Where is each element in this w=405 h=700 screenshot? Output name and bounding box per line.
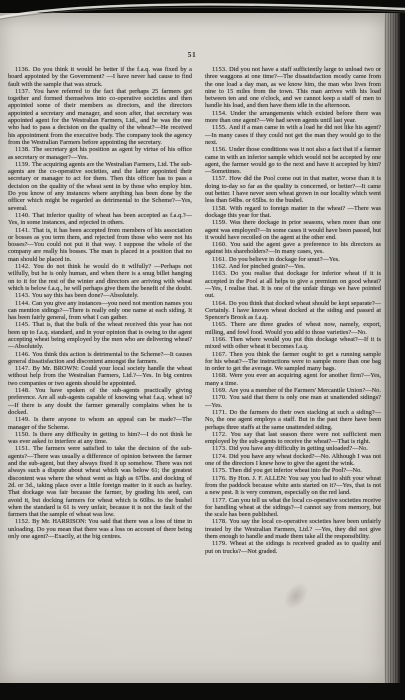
question-number: 1175.: [212, 467, 229, 474]
qa-paragraph: 1174. Did you have any wheat docked?—No.…: [205, 453, 381, 468]
qa-paragraph: 1159. Was there dockage in prior seasons…: [205, 219, 381, 241]
question-number: 1174.: [212, 453, 229, 460]
qa-paragraph: 1149. Is there anyone to whom an appeal …: [8, 416, 192, 431]
question-number: 1173.: [212, 445, 229, 452]
column-left: 1136. Do you think it would be better if…: [8, 66, 192, 555]
qa-paragraph: 1155. And if a man came in with a load h…: [205, 124, 381, 146]
qa-paragraph: 1151. The farmers were satisfied to take…: [8, 445, 192, 518]
question-number: 1144.: [15, 300, 32, 307]
question-number: 1177.: [212, 497, 229, 504]
question-number: 1146.: [15, 351, 32, 358]
qa-paragraph: 1154. Under the arrangements which exist…: [205, 110, 381, 125]
question-number: 1155.: [212, 124, 229, 131]
book-page-edges: [384, 10, 401, 683]
qa-paragraph: 1158. With regard to foreign matter in t…: [205, 205, 381, 220]
qa-paragraph: 1150. Is there any difficulty in getting…: [8, 431, 192, 446]
question-number: 1167.: [212, 351, 230, 358]
qa-paragraph: 1160. You said the agent gave a preferen…: [205, 241, 381, 256]
qa-paragraph: 1177. Can you tell us what the local co-…: [205, 497, 381, 519]
qa-paragraph: 1161. Do you believe in dockage for smut…: [205, 256, 381, 263]
question-number: 1143.: [15, 292, 32, 299]
qa-paragraph: 1146. You think this action is detriment…: [8, 351, 192, 366]
qa-paragraph: 1165. There are three grades of wheat no…: [205, 321, 381, 336]
qa-paragraph: 1152. By Mr. HARRISON: You said that the…: [8, 518, 192, 540]
question-number: 1158.: [212, 205, 230, 212]
qa-paragraph: 1137. You have referred to the fact that…: [8, 88, 192, 146]
qa-paragraph: 1176. By Hon. J. F. ALLEN: You say you h…: [205, 475, 381, 497]
qa-paragraph: 1143. You say this has been done?—Absolu…: [8, 292, 192, 299]
question-number: 1136.: [15, 66, 33, 73]
book-photo: 51 1136. Do you think it would be better…: [0, 0, 405, 700]
qa-paragraph: 1169. Are you a member of the Farmers' M…: [205, 387, 381, 394]
qa-paragraph: 1179. Wheat at the sidings is received g…: [205, 540, 381, 555]
question-number: 1153.: [212, 66, 229, 73]
qa-paragraph: 1141. That is, it has been accepted from…: [8, 227, 192, 263]
question-number: 1165.: [212, 321, 231, 328]
question-number: 1164.: [212, 300, 229, 307]
question-number: 1151.: [15, 445, 33, 452]
qa-paragraph: 1175. Then did you get inferior wheat in…: [205, 467, 381, 474]
question-number: 1140.: [15, 212, 33, 219]
question-number: 1176.: [212, 475, 229, 482]
question-number: 1163.: [212, 270, 231, 277]
qa-paragraph: 1171. Do the farmers do their own stacki…: [205, 409, 381, 431]
question-number: 1150.: [15, 431, 33, 438]
question-number: 1160.: [212, 241, 230, 248]
question-number: 1147.: [15, 365, 33, 372]
qa-paragraph: 1142. You do not think he would do it wi…: [8, 263, 192, 292]
qa-paragraph: 1147. By Mr. BROWN: Could your local soc…: [8, 365, 192, 387]
question-number: 1139.: [15, 161, 32, 168]
question-number: 1159.: [212, 219, 230, 226]
qa-paragraph: 1164. Do you think that docked wheat sho…: [205, 300, 381, 322]
question-number: 1166.: [212, 336, 230, 343]
question-number: 1145.: [15, 321, 33, 328]
question-number: 1171.: [212, 409, 230, 416]
qa-paragraph: 1166. Then where would you put this dock…: [205, 336, 381, 351]
qa-paragraph: 1144. Can you give any instances—you nee…: [8, 300, 192, 322]
question-number: 1154.: [212, 110, 230, 117]
qa-paragraph: 1156. Under those conditions was it not …: [205, 146, 381, 175]
qa-paragraph: 1139. The acquiring agents are the Westr…: [8, 161, 192, 212]
qa-paragraph: 1153. Did you not have a staff sufficien…: [205, 66, 381, 110]
book-cover-edge-highlight: [0, 0, 405, 24]
column-right: 1153. Did you not have a staff sufficien…: [205, 66, 381, 555]
question-number: 1169.: [212, 387, 229, 394]
question-number: 1170.: [212, 394, 229, 401]
text-columns: 1136. Do you think it would be better if…: [0, 59, 384, 555]
question-number: 1178.: [212, 518, 229, 525]
qa-paragraph: 1145. That is, that the bulk of the whea…: [8, 321, 192, 350]
question-number: 1162.: [212, 263, 229, 270]
qa-paragraph: 1170. You said that there is only one ma…: [205, 394, 381, 409]
paper-smudge: [279, 578, 313, 614]
qa-paragraph: 1173. Did you have any difficulty in get…: [205, 445, 381, 452]
qa-paragraph: 1178. You say the local co-operative soc…: [205, 518, 381, 540]
question-number: 1148.: [15, 387, 35, 394]
qa-paragraph: 1167. Then you think the farmer ought to…: [205, 351, 381, 373]
question-number: 1156.: [212, 146, 229, 153]
qa-paragraph: 1168. Were you ever an acquiring agent f…: [205, 372, 381, 387]
question-number: 1179.: [212, 540, 230, 547]
qa-paragraph: 1138. The secretary got his position as …: [8, 146, 192, 161]
qa-paragraph: 1140. That inferior quality of wheat has…: [8, 212, 192, 227]
question-number: 1161.: [212, 256, 229, 263]
qa-paragraph: 1148. You have spoken of the sub-agents …: [8, 387, 192, 416]
question-number: 1172.: [212, 431, 230, 438]
question-number: 1168.: [212, 372, 229, 379]
qa-paragraph: 1163. Do you realise that dockage for in…: [205, 270, 381, 299]
scanned-page: 51 1136. Do you think it would be better…: [0, 13, 384, 683]
question-number: 1157.: [212, 175, 229, 182]
question-number: 1138.: [15, 146, 32, 153]
qa-paragraph: 1172. You say that last season there wer…: [205, 431, 381, 446]
qa-paragraph: 1157. How did the Pool come out in that …: [205, 175, 381, 204]
question-number: 1137.: [15, 88, 33, 95]
question-number: 1152.: [15, 518, 32, 525]
qa-paragraph: 1136. Do you think it would be better if…: [8, 66, 192, 88]
question-number: 1141.: [15, 227, 32, 234]
question-number: 1142.: [15, 263, 33, 270]
question-number: 1149.: [15, 416, 34, 423]
